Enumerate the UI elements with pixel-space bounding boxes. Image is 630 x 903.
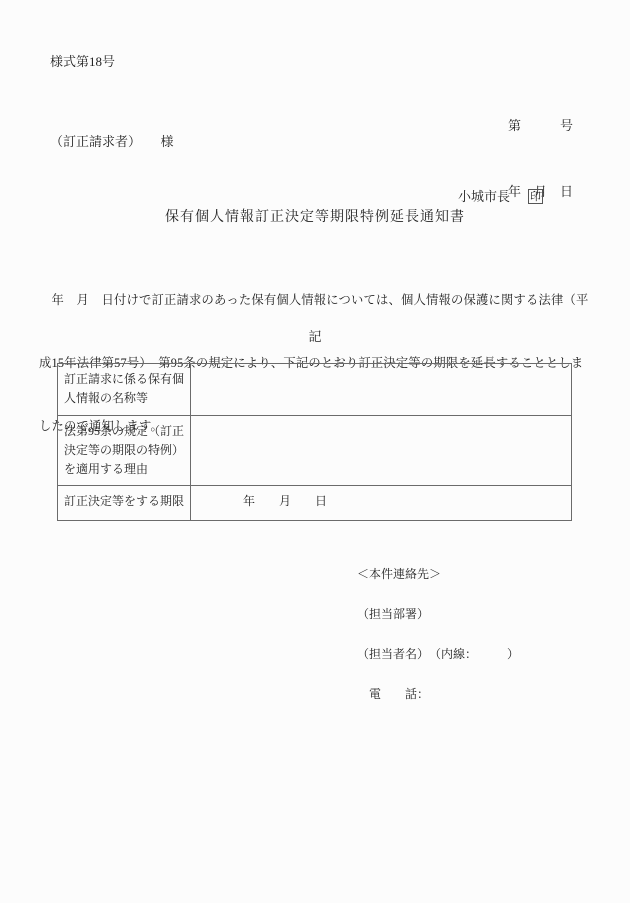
- row-value: [191, 416, 571, 485]
- table-row: 訂正決定等をする期限 年 月 日: [58, 485, 571, 520]
- contact-line-phone: 電 話：: [357, 688, 519, 701]
- document-number-line: 第 号: [508, 115, 573, 137]
- seal-stamp: 印: [528, 189, 543, 204]
- contact-line-person: （担当者名） （内線： ）: [357, 648, 519, 661]
- issuer-name: 小城市長: [458, 189, 510, 204]
- contact-line-department: （担当部署）: [357, 608, 519, 621]
- document-title: 保有個人情報訂正決定等期限特例延長通知書: [0, 206, 630, 226]
- row-label: 訂正決定等をする期限: [58, 486, 191, 520]
- table-row: 訂正請求に係る保有個人情報の名称等: [58, 364, 571, 415]
- row-value: 年 月 日: [191, 486, 571, 520]
- contact-block: ＜本件連絡先＞ （担当部署） （担当者名） （内線： ） 電 話：: [357, 541, 519, 729]
- addressee-line: （訂正請求者） 様: [50, 131, 174, 150]
- row-label: 法第95条の規定（訂正決定等の期限の特例）を適用する理由: [58, 416, 191, 485]
- form-number: 様式第18号: [50, 51, 115, 70]
- table-row: 法第95条の規定（訂正決定等の期限の特例）を適用する理由: [58, 415, 571, 485]
- body-line: 年 月 日付けで訂正請求のあった保有個人情報については、個人情報の保護に関する法…: [39, 290, 589, 311]
- document-page: 様式第18号 第 号 年 月 日 （訂正請求者） 様 小城市長印 保有個人情報訂…: [0, 0, 630, 903]
- record-marker: 記: [0, 326, 630, 345]
- row-value: [191, 364, 571, 415]
- form-table: 訂正請求に係る保有個人情報の名称等 法第95条の規定（訂正決定等の期限の特例）を…: [57, 363, 572, 521]
- row-label: 訂正請求に係る保有個人情報の名称等: [58, 364, 191, 415]
- contact-heading: ＜本件連絡先＞: [357, 568, 519, 581]
